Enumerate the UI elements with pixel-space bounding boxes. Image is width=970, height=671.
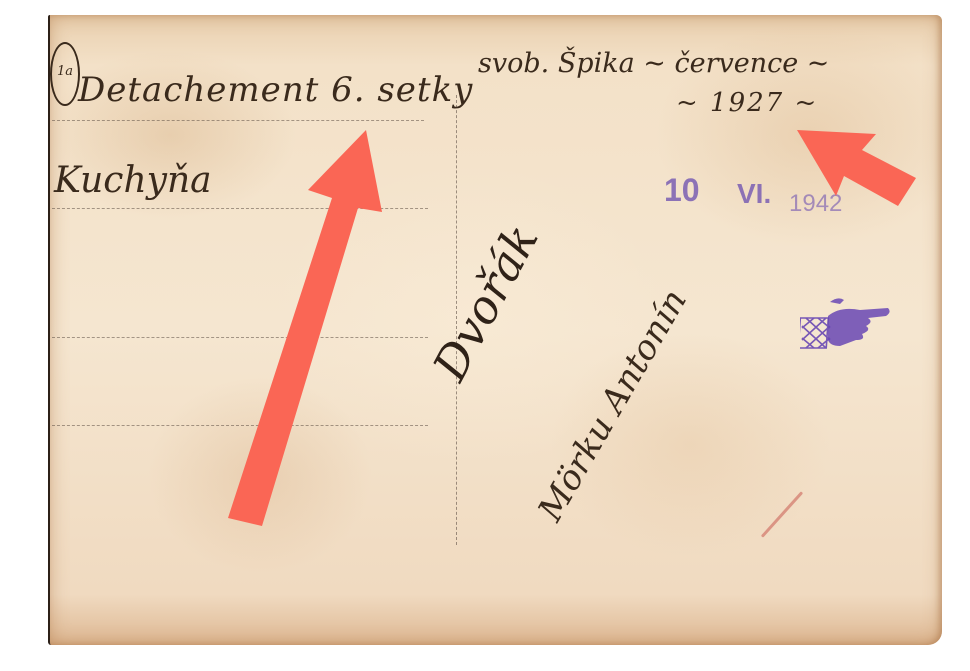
red-arrow-up-left-large [0,0,970,671]
